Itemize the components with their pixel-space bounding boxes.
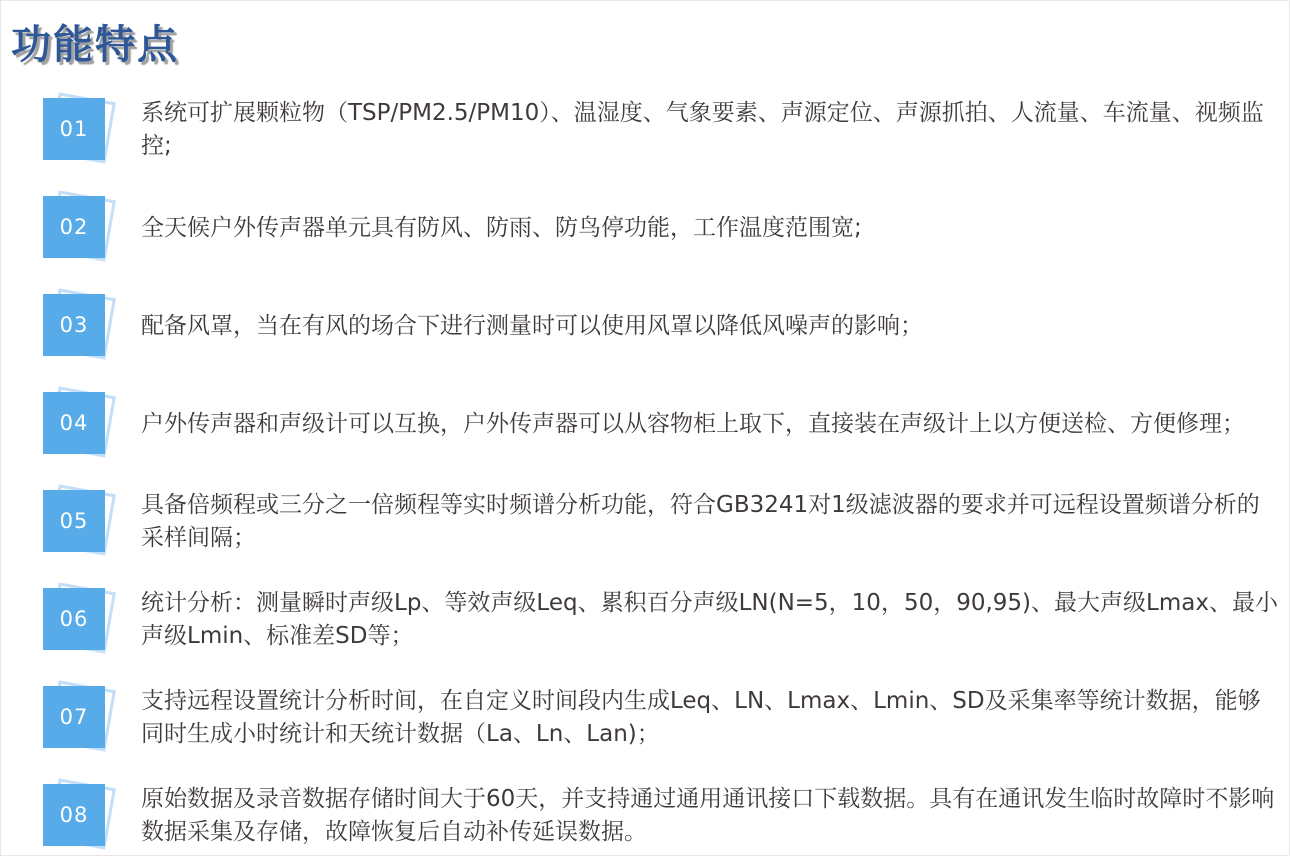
feature-item-06: 06 统计分析：测量瞬时声级Lp、等效声级Leq、累积百分声级LN(N=5，10…: [1, 586, 1289, 654]
feature-number: 03: [43, 294, 105, 356]
feature-number: 02: [43, 196, 105, 258]
feature-item-07: 07 支持远程设置统计分析时间，在自定义时间段内生成Leq、LN、Lmax、Lm…: [1, 684, 1289, 752]
feature-number: 06: [43, 588, 105, 650]
feature-item-02: 02 全天候户外传声器单元具有防风、防雨、防鸟停功能，工作温度范围宽;: [1, 194, 1289, 262]
feature-number-badge: 05: [43, 488, 115, 556]
feature-item-05: 05 具备倍频程或三分之一倍频程等实时频谱分析功能，符合GB3241对1级滤波器…: [1, 488, 1289, 556]
feature-text: 原始数据及录音数据存储时间大于60天，并支持通过通用通讯接口下载数据。具有在通讯…: [141, 783, 1281, 849]
feature-text: 统计分析：测量瞬时声级Lp、等效声级Leq、累积百分声级LN(N=5，10，50…: [141, 587, 1281, 653]
feature-number-badge: 02: [43, 194, 115, 262]
feature-text: 具备倍频程或三分之一倍频程等实时频谱分析功能，符合GB3241对1级滤波器的要求…: [141, 489, 1281, 555]
feature-number-badge: 07: [43, 684, 115, 752]
feature-number-badge: 01: [43, 96, 115, 164]
feature-number: 05: [43, 490, 105, 552]
page-title: 功能特点: [11, 13, 1289, 70]
feature-item-08: 08 原始数据及录音数据存储时间大于60天，并支持通过通用通讯接口下载数据。具有…: [1, 782, 1289, 850]
feature-item-01: 01 系统可扩展颗粒物（TSP/PM2.5/PM10）、温湿度、气象要素、声源定…: [1, 96, 1289, 164]
feature-number: 07: [43, 686, 105, 748]
feature-text: 全天候户外传声器单元具有防风、防雨、防鸟停功能，工作温度范围宽;: [141, 212, 862, 245]
feature-number: 04: [43, 392, 105, 454]
feature-list: 01 系统可扩展颗粒物（TSP/PM2.5/PM10）、温湿度、气象要素、声源定…: [1, 96, 1289, 850]
feature-text: 户外传声器和声级计可以互换，户外传声器可以从容物柜上取下，直接装在声级计上以方便…: [141, 408, 1245, 441]
feature-item-04: 04 户外传声器和声级计可以互换，户外传声器可以从容物柜上取下，直接装在声级计上…: [1, 390, 1289, 458]
feature-number-badge: 04: [43, 390, 115, 458]
feature-number: 01: [43, 98, 105, 160]
feature-text: 配备风罩，当在有风的场合下进行测量时可以使用风罩以降低风噪声的影响；: [141, 310, 923, 343]
feature-number-badge: 06: [43, 586, 115, 654]
feature-item-03: 03 配备风罩，当在有风的场合下进行测量时可以使用风罩以降低风噪声的影响；: [1, 292, 1289, 360]
feature-number-badge: 03: [43, 292, 115, 360]
feature-number-badge: 08: [43, 782, 115, 850]
feature-slide: 功能特点 01 系统可扩展颗粒物（TSP/PM2.5/PM10）、温湿度、气象要…: [0, 0, 1290, 856]
feature-text: 支持远程设置统计分析时间，在自定义时间段内生成Leq、LN、Lmax、Lmin、…: [141, 685, 1281, 751]
feature-number: 08: [43, 784, 105, 846]
feature-text: 系统可扩展颗粒物（TSP/PM2.5/PM10）、温湿度、气象要素、声源定位、声…: [141, 97, 1281, 163]
